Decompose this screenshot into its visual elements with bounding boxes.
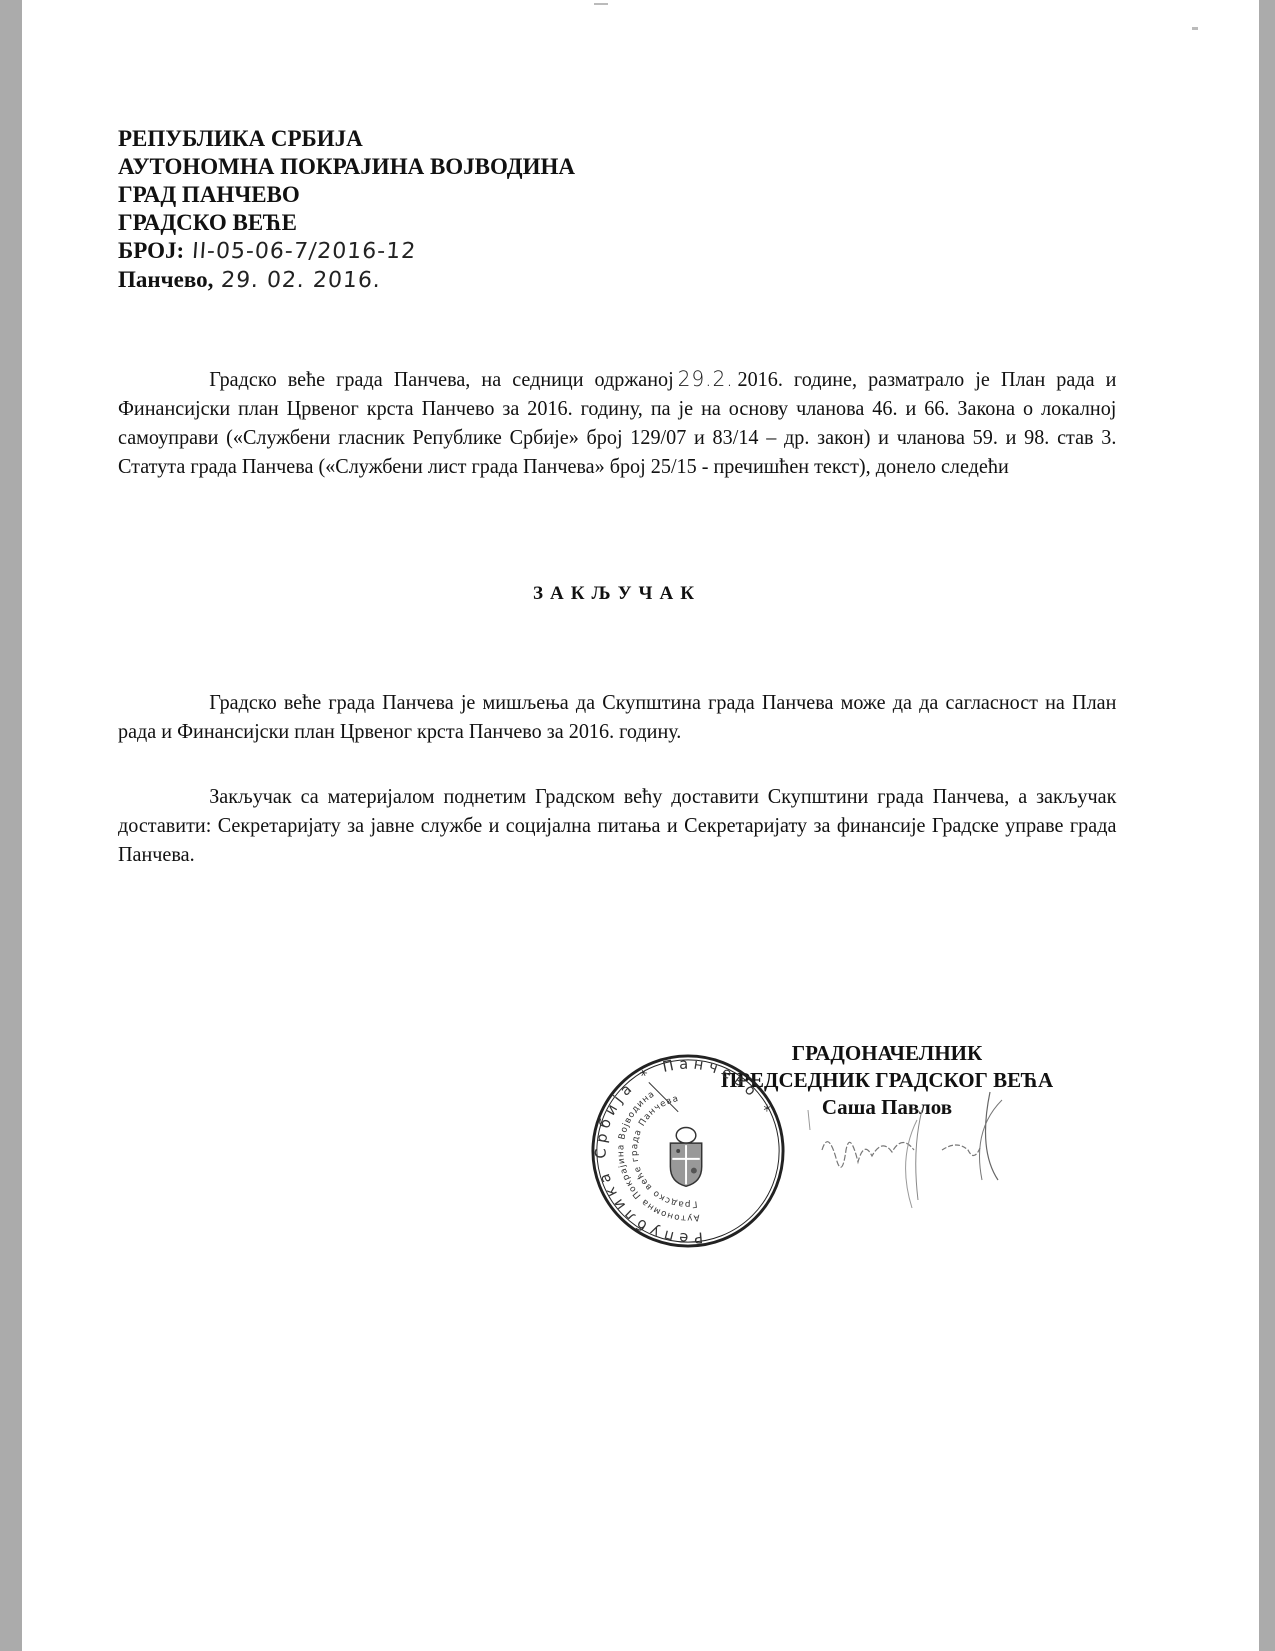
handwritten-signature-icon: [802, 1090, 1032, 1210]
intro-paragraph: Градско веће града Панчева, на седници о…: [118, 365, 1116, 481]
body-paragraph-1-text: Градско веће града Панчева је мишљења да…: [118, 688, 1116, 746]
document-page: РЕПУБЛИКА СРБИЈА АУТОНОМНА ПОКРАЈИНА ВОЈ…: [22, 0, 1259, 1651]
official-stamp-icon: Република Србија * Панчево * Аутономна П…: [590, 1053, 786, 1249]
body-paragraph-2: Закључак са материјалом поднетим Градско…: [118, 782, 1116, 869]
scan-speck: [594, 3, 608, 5]
coat-of-arms-icon: [670, 1127, 701, 1186]
document-title: ЗАКЉУЧАК: [22, 583, 1212, 605]
header-line-republic: РЕПУБЛИКА СРБИЈА: [118, 125, 575, 153]
body-paragraph-1: Градско веће града Панчева је мишљења да…: [118, 688, 1116, 746]
scan-speck: [1192, 27, 1198, 30]
document-number-value: II-05-06-7/2016-12: [191, 238, 417, 266]
session-date: 29.2.: [678, 367, 734, 391]
intro-text-start: Градско веће града Панчева, на седници о…: [209, 367, 674, 391]
document-place-date: Панчево,29. 02. 2016.: [118, 266, 575, 295]
document-header: РЕПУБЛИКА СРБИЈА АУТОНОМНА ПОКРАЈИНА ВОЈ…: [118, 125, 575, 295]
document-date-value: 29. 02. 2016.: [220, 267, 382, 295]
header-line-council: ГРАДСКО ВЕЋЕ: [118, 209, 575, 237]
header-line-province: АУТОНОМНА ПОКРАЈИНА ВОЈВОДИНА: [118, 153, 575, 181]
place-label: Панчево,: [118, 267, 213, 292]
header-line-city: ГРАД ПАНЧЕВО: [118, 181, 575, 209]
body-paragraph-2-text: Закључак са материјалом поднетим Градско…: [118, 782, 1116, 869]
document-number-label: БРОЈ:: [118, 238, 184, 263]
document-number: БРОЈ:II-05-06-7/2016-12: [118, 237, 575, 266]
